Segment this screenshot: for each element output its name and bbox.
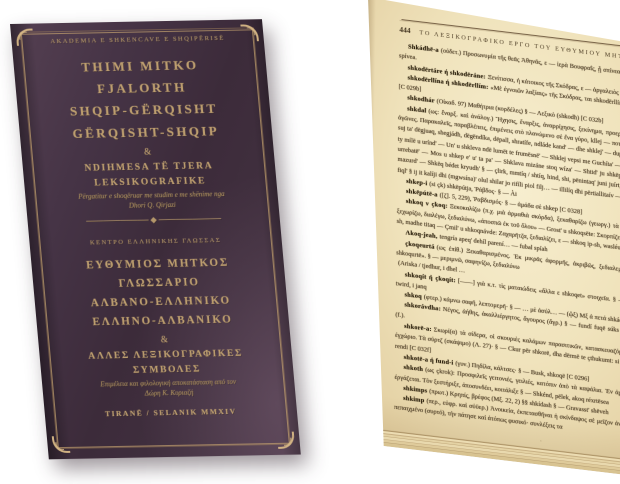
cover-title-line: ΚΕΝΤΡΟ ΕΛΛΗΝΙΚΗΣ ΓΛΩΣΣΑΣ xyxy=(37,235,274,249)
open-book-page: 444 ΤΟ ΛΕΞΙΚΟΓΡΑΦΙΚΟ ΕΡΓΟ ΤΟΥ ΕΥΘΥΜΙΟΥ Μ… xyxy=(362,0,620,484)
cover-title-line: TIRANË / SELANIK MMXIV xyxy=(52,405,289,421)
photo-canvas: AKADEMIA E SHKENCAVE E SHQIPËRISËTHIMI M… xyxy=(0,0,620,484)
cover-title-line: AKADEMIA E SHKENCAVE E SHQIPËRISË xyxy=(19,33,256,47)
cover-title-line: ─────────── ◆ ─────────── xyxy=(35,209,272,231)
cover-title-line: ΕΛΛΗΝΟ-ΑΛΒΑΝΙΚΟ xyxy=(44,310,282,334)
dictionary-entries: Shkádhë-a(οὐδετ.) Προσωνυμία τῆς θεᾶς Ἀθ… xyxy=(394,41,620,449)
cover-title-block: AKADEMIA E SHKENCAVE E SHQIPËRISËTHIMI M… xyxy=(19,31,292,451)
page-number: 444 xyxy=(399,25,410,35)
page-surface: 444 ΤΟ ΛΕΞΙΚΟΓΡΑΦΙΚΟ ΕΡΓΟ ΤΟΥ ΕΥΘΥΜΙΟΥ Μ… xyxy=(362,0,620,469)
book-cover: AKADEMIA E SHKENCAVE E SHQIPËRISËTHIMI M… xyxy=(10,19,301,459)
cover-title-line: GËRQISHT-SHQIP xyxy=(27,119,265,145)
